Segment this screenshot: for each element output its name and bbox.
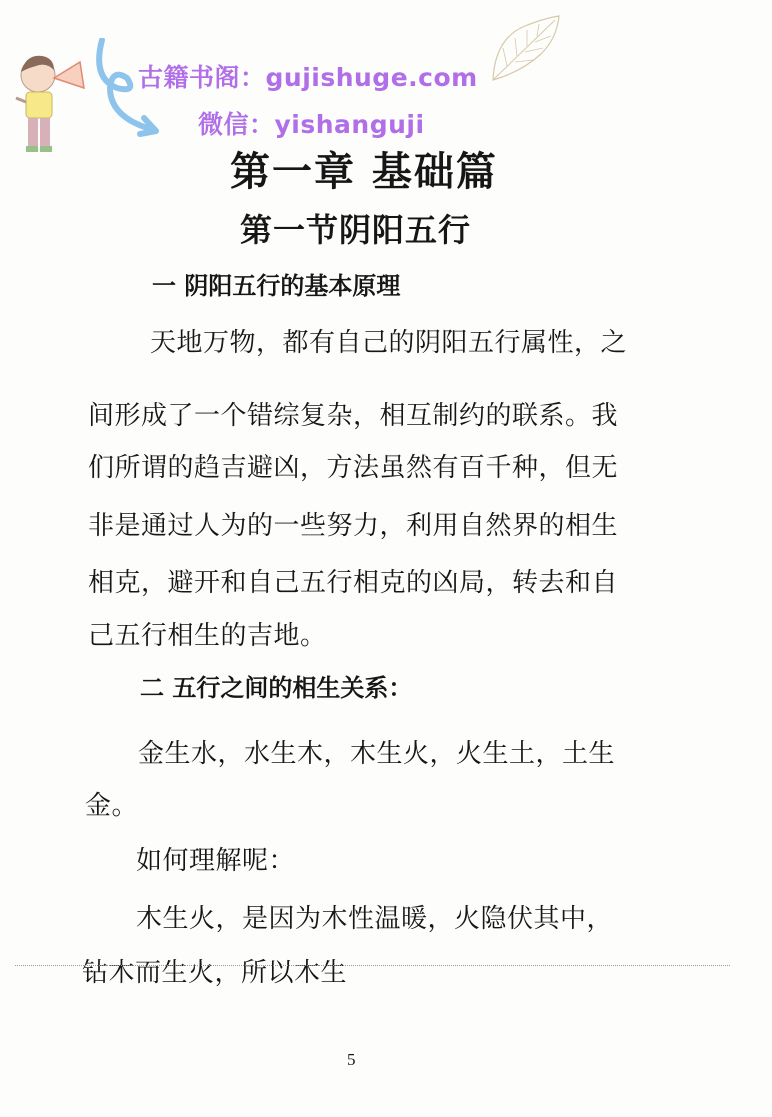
text-line: 相克，避开和自己五行相克的凶局，转去和自 [88, 562, 618, 599]
mascot-megaphone-icon [8, 40, 98, 160]
chapter-title: 第一章 基础篇 [230, 140, 498, 197]
text-line: 木生火，是因为木性温暖，火隐伏其中， [136, 898, 613, 935]
text-line: 钻木而生火，所以木生 [82, 952, 347, 989]
section-title: 第一节阴阳五行 [240, 205, 471, 251]
paragraph-question: 如何理解呢： [136, 840, 295, 877]
text-line: 金生水，水生木，木生火，火生土，土生 [138, 733, 615, 770]
page-number: 5 [347, 1050, 356, 1070]
watermark-wechat: 微信：yishanguji [198, 105, 425, 141]
watermark-site: 古籍书阁：gujishuge.com [138, 58, 478, 94]
text-line: 们所谓的趋吉避凶，方法虽然有百千种，但无 [88, 447, 618, 484]
text-line: 天地万物，都有自己的阴阳五行属性，之 [150, 322, 627, 359]
text-line: 非是通过人为的一些努力，利用自然界的相生 [88, 505, 618, 542]
text-line: 己五行相生的吉地。 [88, 615, 327, 652]
scan-fold-line [15, 965, 730, 966]
leaf-icon [485, 8, 565, 88]
subheading-principles: 一 阴阳五行的基本原理 [152, 266, 400, 301]
text-line: 间形成了一个错综复杂，相互制约的联系。我 [88, 395, 618, 432]
text-line: 金。 [85, 785, 138, 822]
subheading-generation: 二 五行之间的相生关系： [140, 668, 412, 703]
